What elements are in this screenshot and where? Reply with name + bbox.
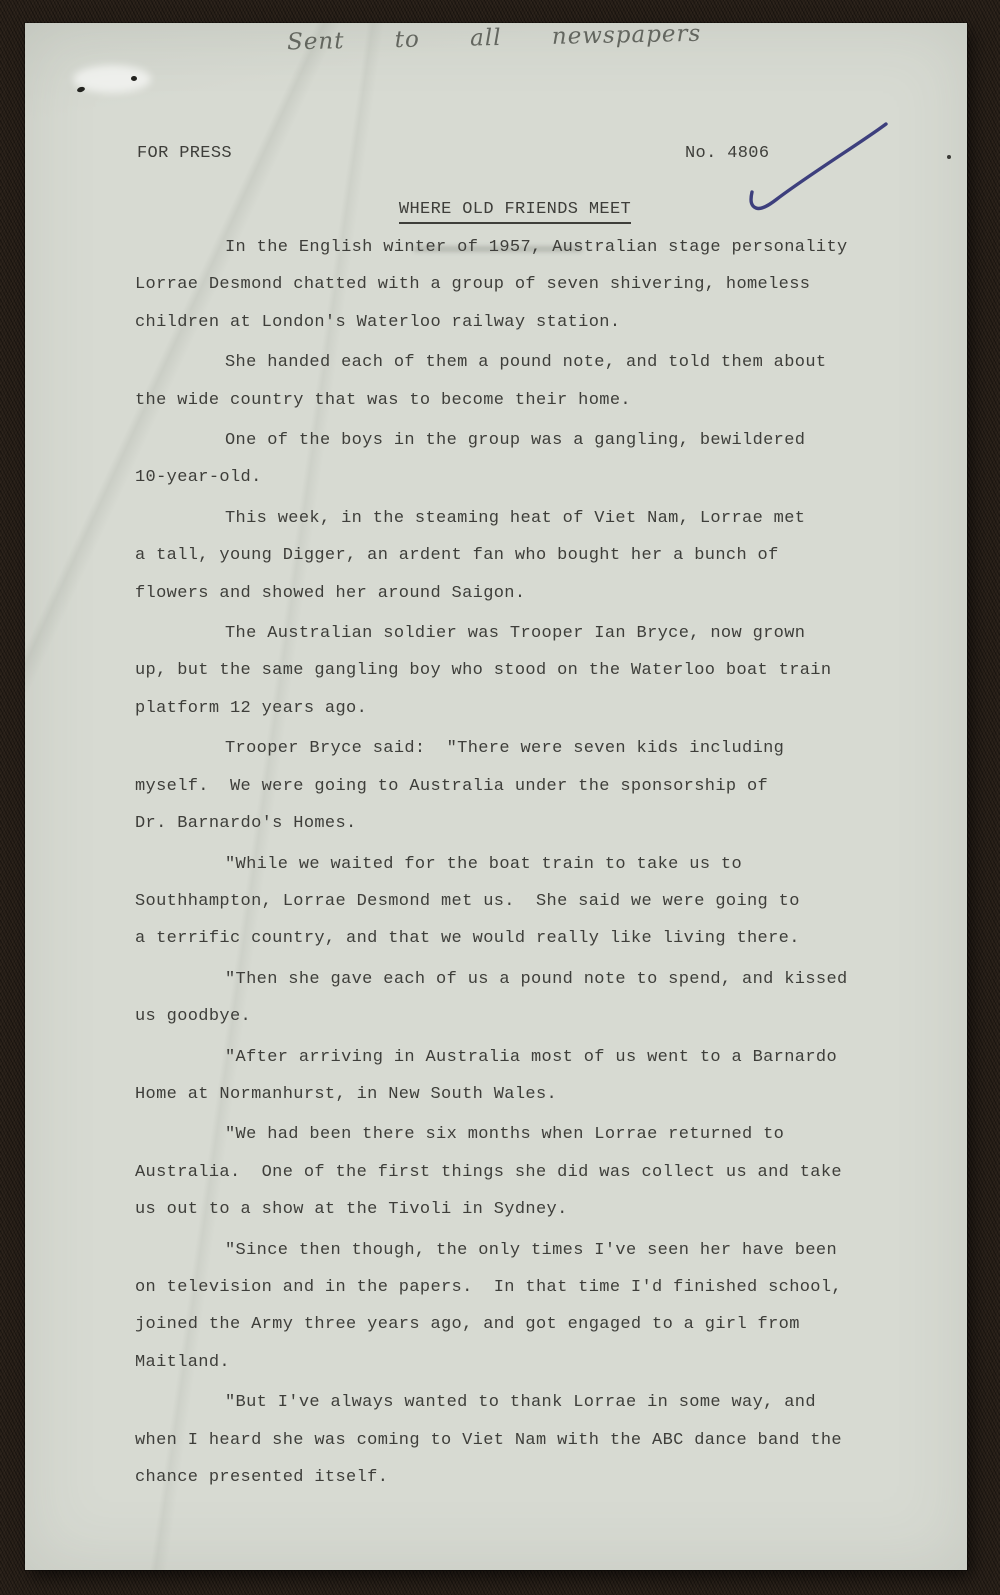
typed-line: "But I've always wanted to thank Lorrae … — [135, 1384, 880, 1421]
page-title: WHERE OLD FRIENDS MEET — [399, 200, 631, 224]
typed-line: Trooper Bryce said: "There were seven ki… — [135, 730, 880, 767]
typed-line: a terrific country, and that we would re… — [135, 920, 880, 957]
paragraph: "Then she gave each of us a pound note t… — [135, 961, 880, 1036]
staple-mark — [76, 86, 85, 93]
paragraph: Trooper Bryce said: "There were seven ki… — [135, 730, 880, 842]
paragraph: One of the boys in the group was a gangl… — [135, 422, 880, 497]
title-row: WHERE OLD FRIENDS MEET — [25, 200, 967, 224]
typed-line: This week, in the steaming heat of Viet … — [135, 500, 880, 537]
typed-line: In the English winter of 1957, Australia… — [135, 229, 880, 266]
typed-line: She handed each of them a pound note, an… — [135, 344, 880, 381]
typed-line: platform 12 years ago. — [135, 690, 880, 727]
staple-mark — [131, 76, 137, 81]
typed-line: Home at Normanhurst, in New South Wales. — [135, 1076, 880, 1113]
typed-line: myself. We were going to Australia under… — [135, 768, 880, 805]
paragraph: In the English winter of 1957, Australia… — [135, 229, 880, 341]
paragraph: "Since then though, the only times I've … — [135, 1232, 880, 1382]
paragraph: "While we waited for the boat train to t… — [135, 846, 880, 958]
typed-line: children at London's Waterloo railway st… — [135, 304, 880, 341]
handwritten-note: Sent to all newspapers — [287, 21, 707, 56]
typed-line: us goodbye. — [135, 998, 880, 1035]
typed-line: Australia. One of the first things she d… — [135, 1154, 880, 1191]
typed-line: chance presented itself. — [135, 1459, 880, 1496]
typed-line: Lorrae Desmond chatted with a group of s… — [135, 266, 880, 303]
typed-line: "Then she gave each of us a pound note t… — [135, 961, 880, 998]
typed-line: up, but the same gangling boy who stood … — [135, 652, 880, 689]
scan-backdrop: { "page": { "handwritten_note": "Sent to… — [0, 0, 1000, 1595]
typed-line: on television and in the papers. In that… — [135, 1269, 880, 1306]
typed-line: joined the Army three years ago, and got… — [135, 1306, 880, 1343]
typed-line: 10-year-old. — [135, 459, 880, 496]
paragraph: "After arriving in Australia most of us … — [135, 1039, 880, 1114]
typed-line: flowers and showed her around Saigon. — [135, 575, 880, 612]
typed-line: when I heard she was coming to Viet Nam … — [135, 1422, 880, 1459]
typed-line: "We had been there six months when Lorra… — [135, 1116, 880, 1153]
typed-line: "After arriving in Australia most of us … — [135, 1039, 880, 1076]
typed-line: The Australian soldier was Trooper Ian B… — [135, 615, 880, 652]
typed-line: Southhampton, Lorrae Desmond met us. She… — [135, 883, 880, 920]
paragraph: "But I've always wanted to thank Lorrae … — [135, 1384, 880, 1496]
typed-line: One of the boys in the group was a gangl… — [135, 422, 880, 459]
typed-line: a tall, young Digger, an ardent fan who … — [135, 537, 880, 574]
paragraph: This week, in the steaming heat of Viet … — [135, 500, 880, 612]
paragraph: She handed each of them a pound note, an… — [135, 344, 880, 419]
paragraph: The Australian soldier was Trooper Ian B… — [135, 615, 880, 727]
for-press-label: FOR PRESS — [137, 144, 232, 163]
typed-line: Maitland. — [135, 1344, 880, 1381]
typed-line: Dr. Barnardo's Homes. — [135, 805, 880, 842]
typed-line: us out to a show at the Tivoli in Sydney… — [135, 1191, 880, 1228]
typed-line: "While we waited for the boat train to t… — [135, 846, 880, 883]
typed-line: "Since then though, the only times I've … — [135, 1232, 880, 1269]
document-page: Sent to all newspapers FOR PRESS No. 480… — [25, 23, 967, 1570]
paper-speck — [947, 155, 951, 159]
typed-body: In the English winter of 1957, Australia… — [135, 229, 880, 1496]
typed-line: the wide country that was to become thei… — [135, 382, 880, 419]
paragraph: "We had been there six months when Lorra… — [135, 1116, 880, 1228]
